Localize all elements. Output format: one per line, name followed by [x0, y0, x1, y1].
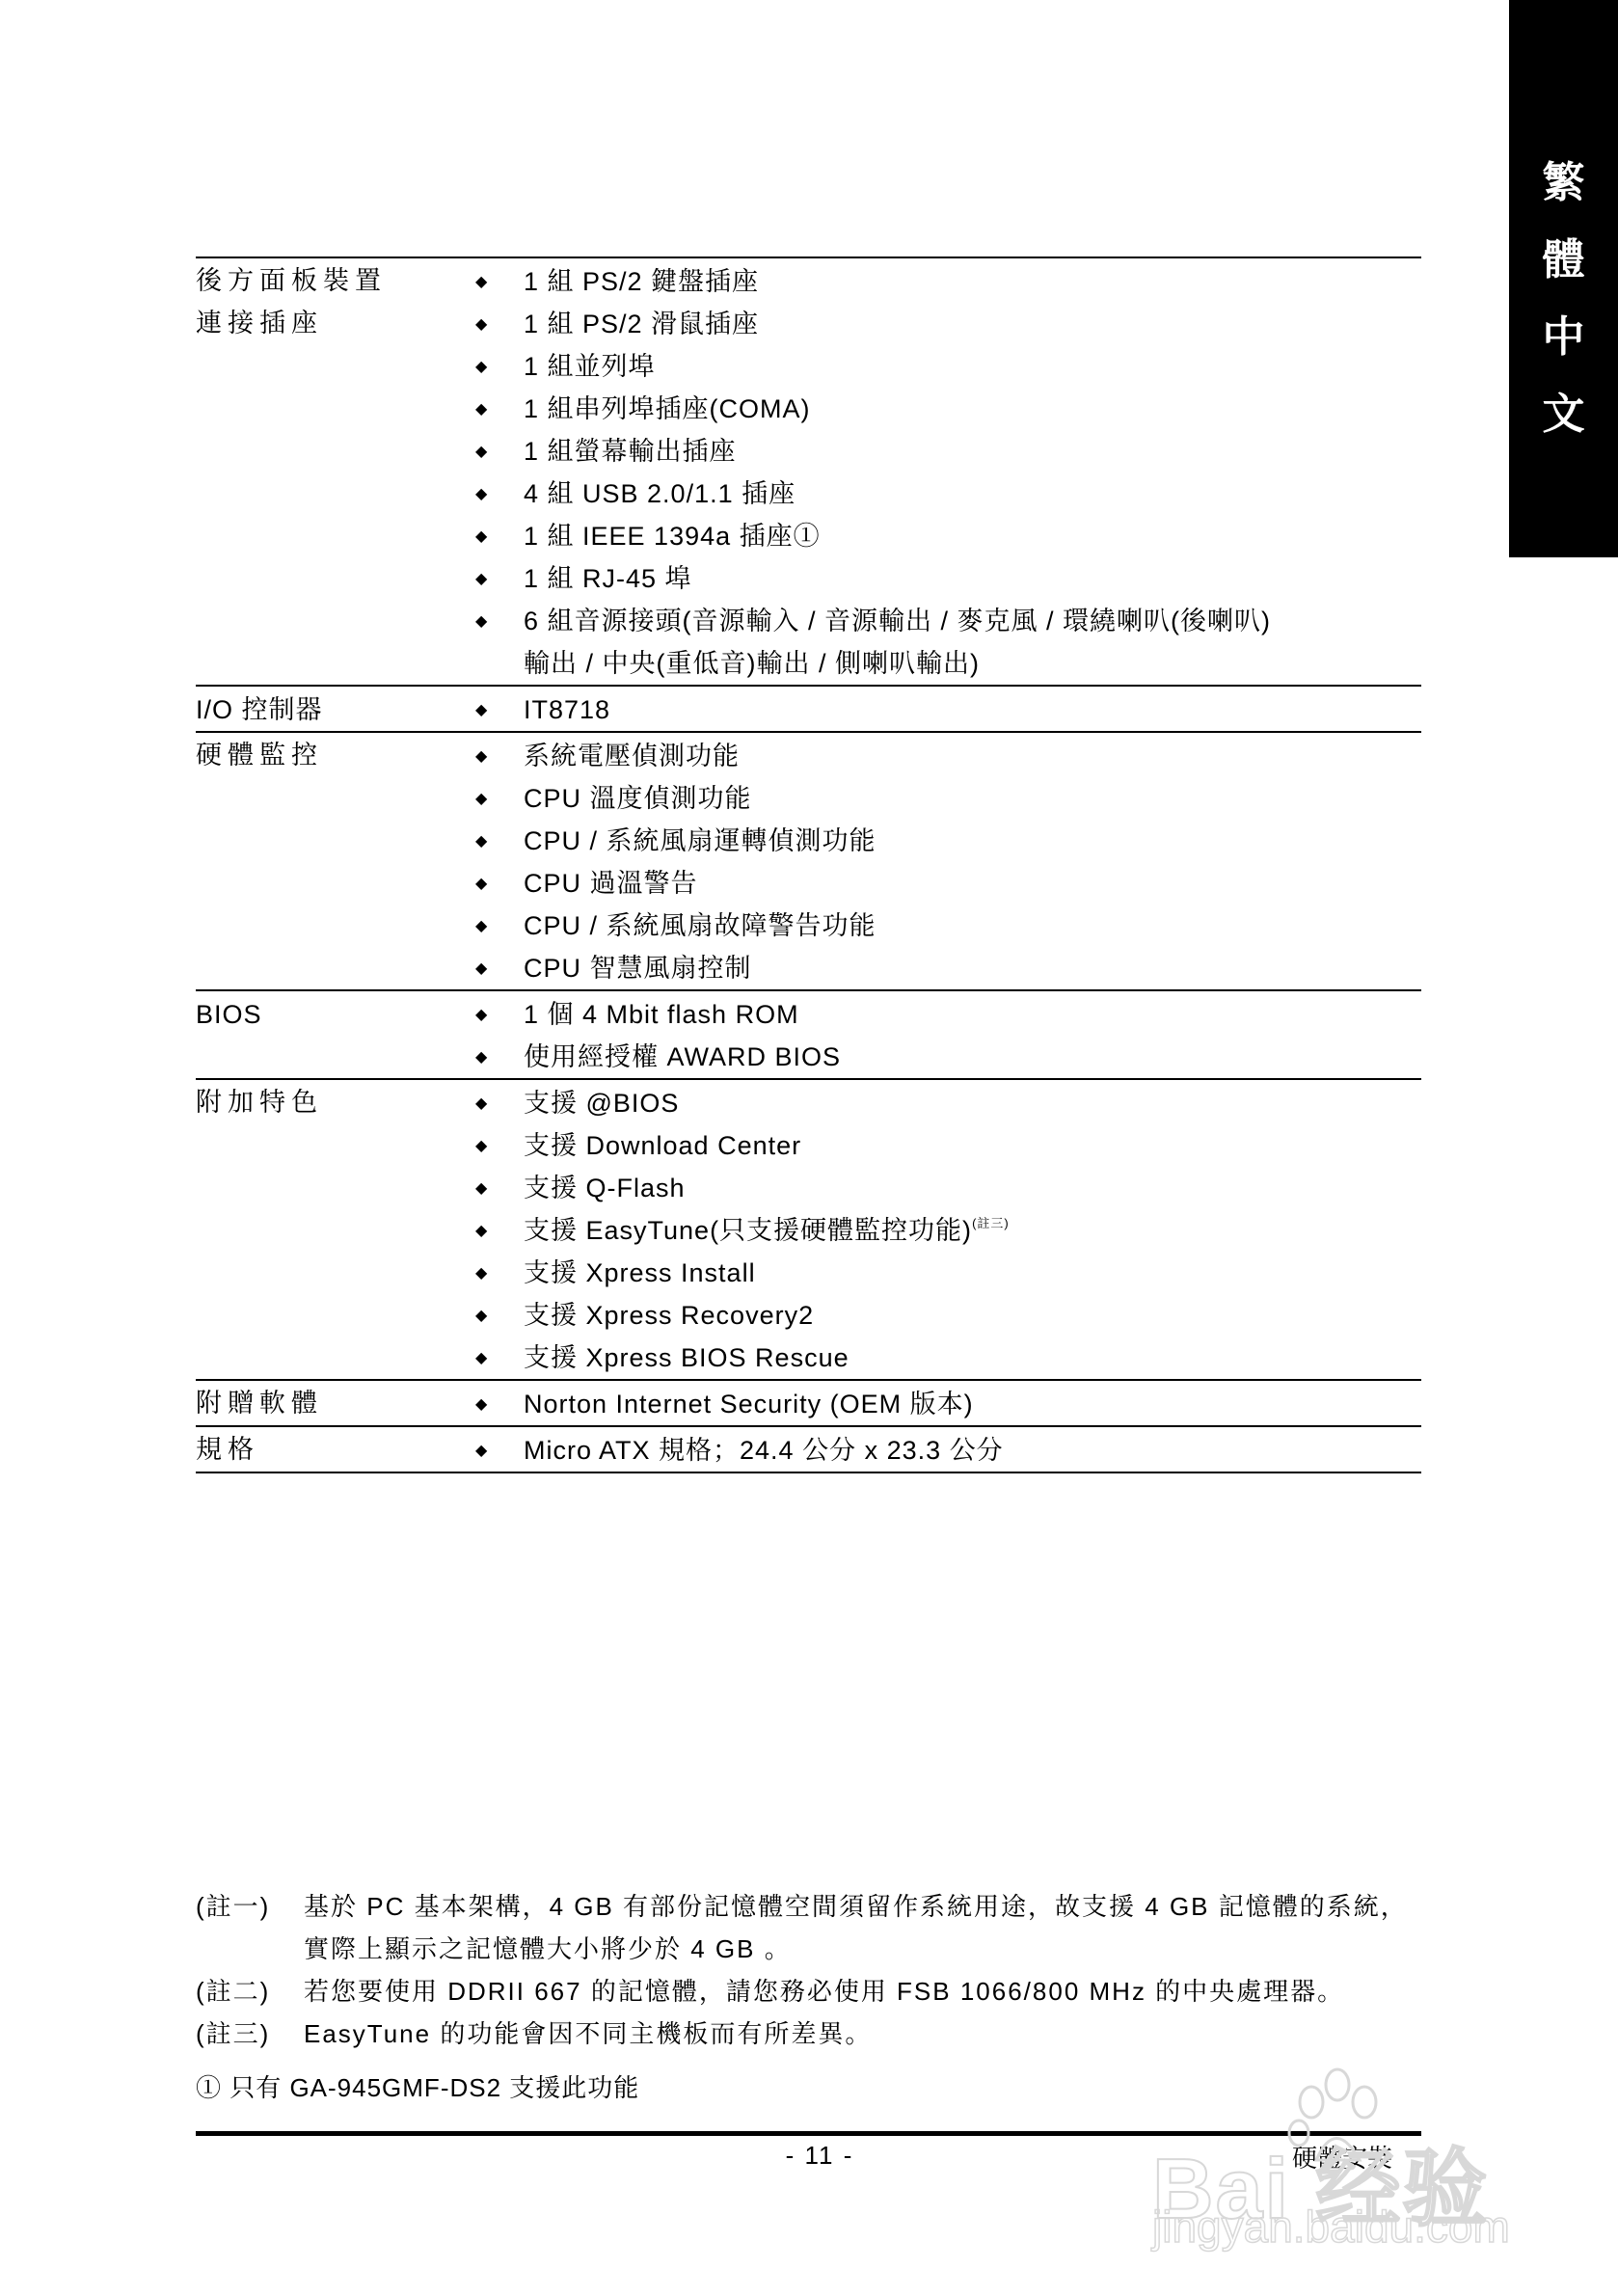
spec-item: ◆Norton Internet Security (OEM 版本) [475, 1383, 1421, 1425]
spec-row-bios: BIOS ◆1 個 4 Mbit flash ROM ◆使用經授權 AWARD … [196, 991, 1421, 1080]
spec-row-bundled-software: 附贈軟體 ◆Norton Internet Security (OEM 版本) [196, 1381, 1421, 1427]
spec-item: ◆1 組螢幕輸出插座 [475, 430, 1421, 473]
page-number: - 11 - [771, 2141, 868, 2171]
spec-item: ◆1 組 PS/2 滑鼠插座 [475, 303, 1421, 345]
bullet-diamond-icon: ◆ [475, 345, 524, 388]
side-tab-char: 繁 [1543, 145, 1585, 222]
spec-row-extra-features: 附加特色 ◆支援 @BIOS ◆支援 Download Center ◆支援 Q… [196, 1080, 1421, 1381]
spec-table: 後方面板裝置 連接插座 ◆1 組 PS/2 鍵盤插座 ◆1 組 PS/2 滑鼠插… [196, 257, 1421, 1473]
spec-item: ◆1 組串列埠插座(COMA) [475, 388, 1421, 430]
spec-item: ◆1 個 4 Mbit flash ROM [475, 993, 1421, 1036]
bullet-diamond-icon: ◆ [475, 388, 524, 430]
section-label: 硬體安裝 [1292, 2139, 1392, 2174]
bullet-diamond-icon: ◆ [475, 430, 524, 473]
spec-item: ◆支援 Q-Flash [475, 1167, 1421, 1209]
spec-item: ◆支援 @BIOS [475, 1082, 1421, 1124]
spec-label: 規格 [196, 1429, 475, 1472]
bullet-diamond-icon: ◆ [475, 862, 524, 905]
spec-item: ◆CPU 過溫警告 [475, 862, 1421, 905]
spec-item: ◆支援 Xpress BIOS Rescue [475, 1337, 1421, 1379]
footnote-text: EasyTune 的功能會因不同主機板而有所差異。 [304, 2012, 1421, 2055]
language-side-tab: 繁 體 中 文 [1509, 0, 1618, 557]
footnote-text: 基於 PC 基本架構，4 GB 有部份記憶體空間須留作系統用途，故支援 4 GB… [304, 1885, 1421, 1970]
spec-label: BIOS [196, 993, 475, 1078]
bullet-diamond-icon: ◆ [475, 1036, 524, 1078]
side-tab-char: 體 [1543, 222, 1585, 299]
spec-label: I/O 控制器 [196, 689, 475, 731]
spec-item: ◆1 組 PS/2 鍵盤插座 [475, 260, 1421, 303]
bullet-diamond-icon: ◆ [475, 735, 524, 777]
bullet-diamond-icon: ◆ [475, 905, 524, 947]
bullet-diamond-icon: ◆ [475, 820, 524, 862]
footnote-3: (註三) EasyTune 的功能會因不同主機板而有所差異。 [196, 2012, 1421, 2055]
side-tab-char: 文 [1543, 376, 1585, 453]
spec-item: ◆1 組 RJ-45 埠 [475, 557, 1421, 600]
spec-row-io-controller: I/O 控制器 ◆IT8718 [196, 687, 1421, 733]
bullet-diamond-icon: ◆ [475, 515, 524, 557]
bullet-diamond-icon: ◆ [475, 993, 524, 1036]
side-tab-char: 中 [1543, 299, 1585, 376]
spec-row-rear-panel: 後方面板裝置 連接插座 ◆1 組 PS/2 鍵盤插座 ◆1 組 PS/2 滑鼠插… [196, 258, 1421, 687]
spec-row-form-factor: 規格 ◆Micro ATX 規格；24.4 公分 x 23.3 公分 [196, 1427, 1421, 1473]
bullet-diamond-icon: ◆ [475, 1383, 524, 1425]
footnote-tag: (註三) [196, 2012, 304, 2055]
spec-item: ◆1 組 IEEE 1394a 插座① [475, 515, 1421, 557]
bullet-diamond-icon: ◆ [475, 1337, 524, 1379]
bullet-diamond-icon: ◆ [475, 303, 524, 345]
bullet-diamond-icon: ◆ [475, 1082, 524, 1124]
spec-label: 硬體監控 [196, 735, 475, 989]
footnote-text: 若您要使用 DDRII 667 的記憶體，請您務必使用 FSB 1066/800… [304, 1970, 1421, 2012]
footnote-1: (註一) 基於 PC 基本架構，4 GB 有部份記憶體空間須留作系統用途，故支援… [196, 1885, 1421, 1970]
footnote-ref: (註三) [972, 1216, 1010, 1230]
spec-item: ◆支援 EasyTune(只支援硬體監控功能)(註三) [475, 1209, 1421, 1252]
spec-item: ◆支援 Xpress Recovery2 [475, 1294, 1421, 1337]
bullet-diamond-icon: ◆ [475, 777, 524, 820]
bullet-diamond-icon: ◆ [475, 689, 524, 731]
footnotes: (註一) 基於 PC 基本架構，4 GB 有部份記憶體空間須留作系統用途，故支援… [196, 1885, 1421, 2109]
spec-label: 後方面板裝置 連接插座 [196, 260, 475, 685]
spec-item: ◆系統電壓偵測功能 [475, 735, 1421, 777]
footnote-2: (註二) 若您要使用 DDRII 667 的記憶體，請您務必使用 FSB 106… [196, 1970, 1421, 2012]
footnote-tag: (註二) [196, 1970, 304, 2012]
spec-item: ◆CPU 智慧風扇控制 [475, 947, 1421, 989]
spec-label: 附加特色 [196, 1082, 475, 1379]
spec-item: ◆1 組並列埠 [475, 345, 1421, 388]
spec-item: ◆CPU / 系統風扇運轉偵測功能 [475, 820, 1421, 862]
spec-item: ◆4 組 USB 2.0/1.1 插座 [475, 473, 1421, 515]
watermark-url: jingyan.baidu.com [1152, 2201, 1510, 2253]
bullet-diamond-icon: ◆ [475, 260, 524, 303]
bullet-diamond-icon: ◆ [475, 947, 524, 989]
spec-item: ◆支援 Download Center [475, 1124, 1421, 1167]
bullet-diamond-icon: ◆ [475, 1294, 524, 1337]
bullet-diamond-icon: ◆ [475, 600, 524, 642]
bullet-diamond-icon: ◆ [475, 1209, 524, 1252]
bullet-diamond-icon: ◆ [475, 1124, 524, 1167]
spec-item: ◆使用經授權 AWARD BIOS [475, 1036, 1421, 1078]
footnote-tag: (註一) [196, 1885, 304, 1970]
bullet-diamond-icon: ◆ [475, 1429, 524, 1472]
spec-item: ◆6 組音源接頭(音源輸入 / 音源輸出 / 麥克風 / 環繞喇叭(後喇叭) 輸… [475, 600, 1421, 685]
bullet-diamond-icon: ◆ [475, 557, 524, 600]
spec-item: ◆支援 Xpress Install [475, 1252, 1421, 1294]
spec-row-hardware-monitor: 硬體監控 ◆系統電壓偵測功能 ◆CPU 溫度偵測功能 ◆CPU / 系統風扇運轉… [196, 733, 1421, 991]
spec-item: ◆CPU 溫度偵測功能 [475, 777, 1421, 820]
footer-divider [196, 2131, 1421, 2136]
circled-note: ① 只有 GA-945GMF-DS2 支援此功能 [196, 2066, 1421, 2109]
bullet-diamond-icon: ◆ [475, 1167, 524, 1209]
bullet-diamond-icon: ◆ [475, 473, 524, 515]
spec-item: ◆IT8718 [475, 689, 1421, 731]
spec-item: ◆Micro ATX 規格；24.4 公分 x 23.3 公分 [475, 1429, 1421, 1472]
spec-label: 附贈軟體 [196, 1383, 475, 1425]
spec-item: ◆CPU / 系統風扇故障警告功能 [475, 905, 1421, 947]
bullet-diamond-icon: ◆ [475, 1252, 524, 1294]
